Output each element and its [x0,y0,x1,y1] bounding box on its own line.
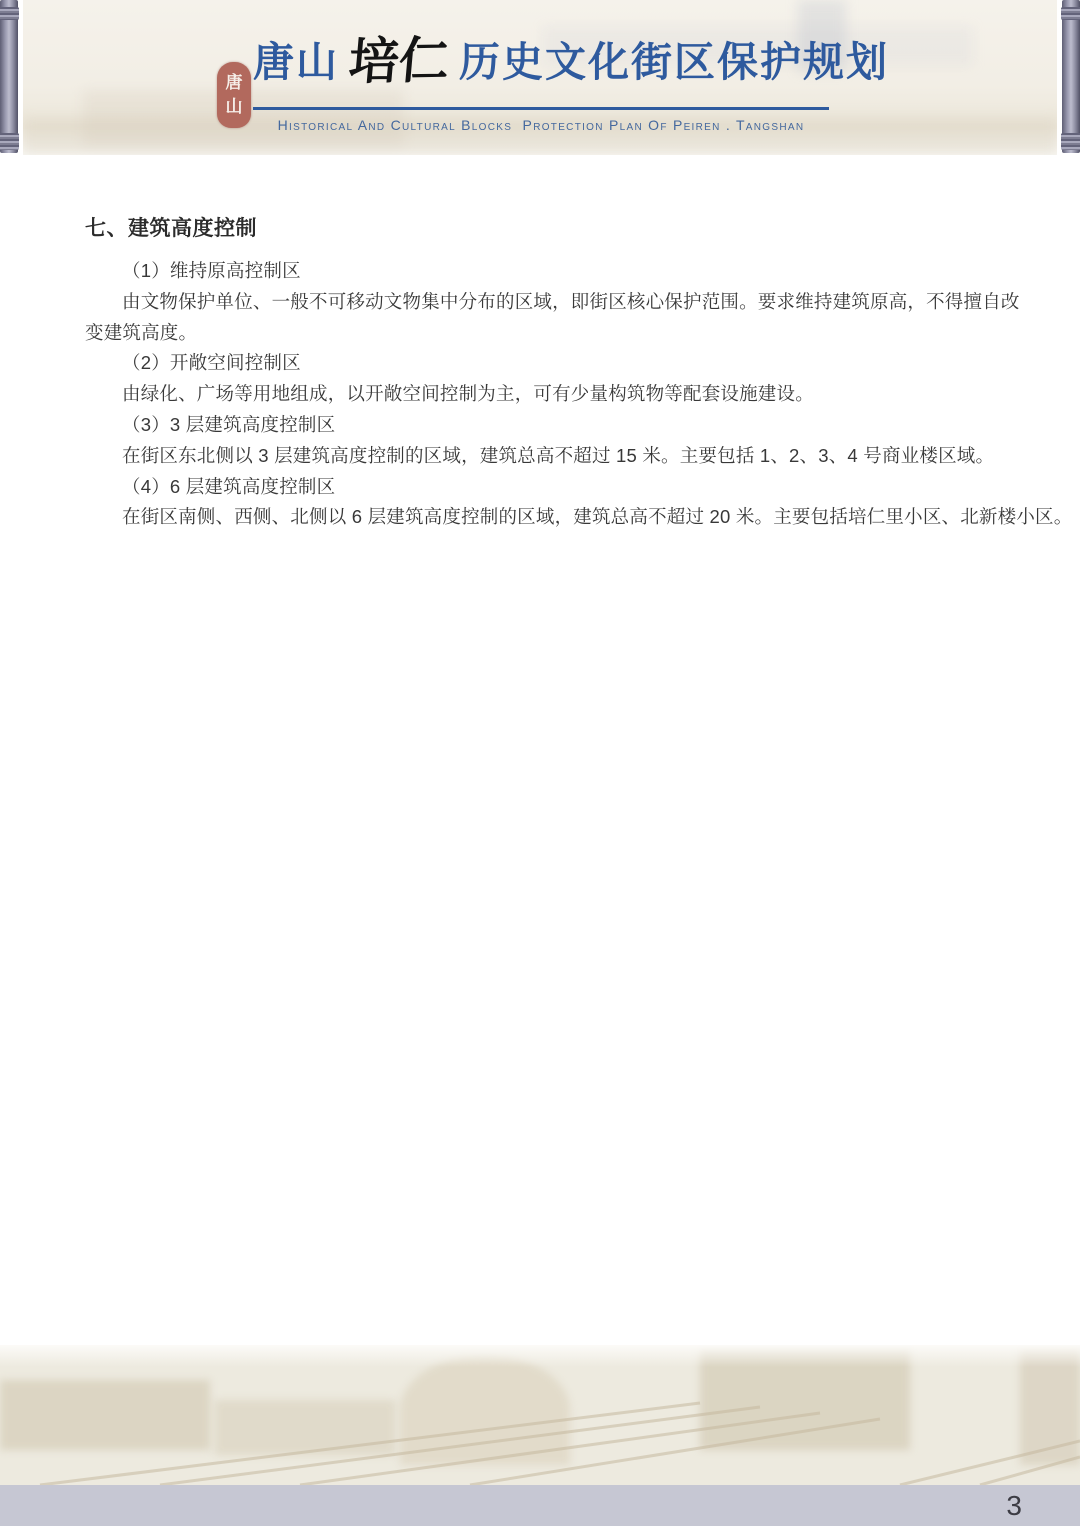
title-city: 唐山 [253,39,339,85]
body-line: 在街区南侧、西侧、北侧以 6 层建筑高度控制的区域，建筑总高不超过 20 米。主… [85,502,1035,533]
body-line: （4）6 层建筑高度控制区 [85,472,1035,503]
document-body: 七、建筑高度控制 （1）维持原高控制区 由文物保护单位、一般不可移动文物集中分布… [85,216,1035,533]
scroll-rod-right-icon [1062,0,1080,153]
body-line: （1）维持原高控制区 [85,256,1035,287]
footer-faded-railway-photo [0,1345,1080,1485]
title-brand-calligraphy: 培仁 [346,29,452,93]
title-underline [253,107,829,110]
scroll-rod-left-icon [0,0,18,153]
seal-char-bottom: 山 [226,95,243,119]
footer-photo-top-fade [0,1345,1080,1367]
header-title-block: 唐山培仁历史文化街区保护规划 Historical And Cultural B… [253,30,829,133]
footer-bar: 3 [0,1485,1080,1526]
page-subtitle-english: Historical And Cultural Blocks Protectio… [253,117,829,133]
body-line: 变建筑高度。 [85,318,1035,349]
body-line: （2）开敞空间控制区 [85,348,1035,379]
body-line: （3）3 层建筑高度控制区 [85,410,1035,441]
body-line: 由绿化、广场等用地组成，以开敞空间控制为主，可有少量构筑物等配套设施建设。 [85,379,1035,410]
body-line: 在街区东北侧以 3 层建筑高度控制的区域，建筑总高不超过 15 米。主要包括 1… [85,441,1035,472]
section-heading: 七、建筑高度控制 [85,216,1035,242]
page-header: 唐 山 唐山培仁历史文化街区保护规划 Historical And Cultur… [0,0,1080,155]
seal-char-top: 唐 [226,71,243,95]
document-page: { "header": { "title_city": "唐山", "title… [0,0,1080,1526]
page-title: 唐山培仁历史文化街区保护规划 [253,30,829,103]
page-number: 3 [1006,1490,1022,1522]
title-rest: 历史文化街区保护规划 [459,39,889,85]
body-line: 由文物保护单位、一般不可移动文物集中分布的区域，即街区核心保护范围。要求维持建筑… [85,287,1035,318]
tangshan-seal-icon: 唐 山 [217,62,251,128]
